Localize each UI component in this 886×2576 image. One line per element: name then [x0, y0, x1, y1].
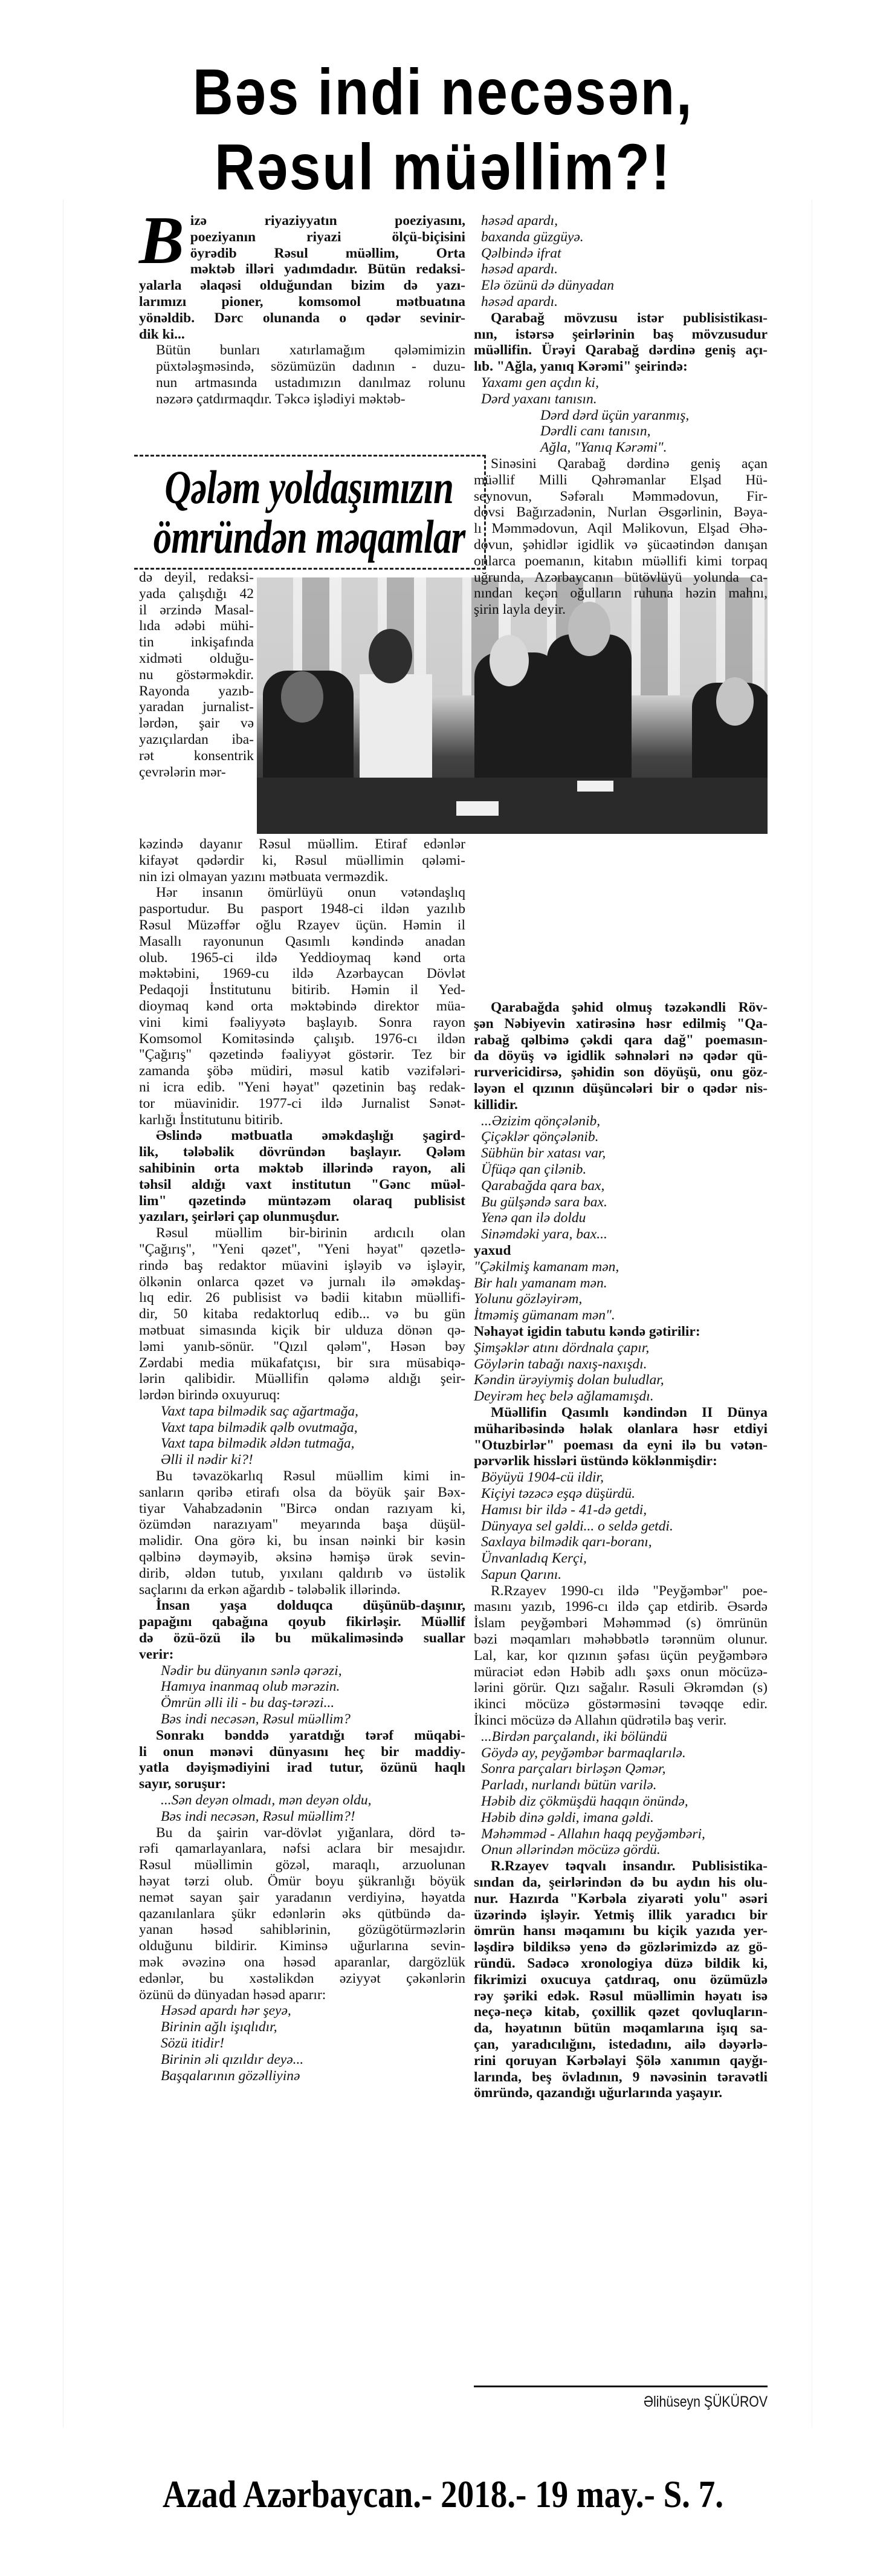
poem-birden-parcalandi: ...Birdən parçalandı, iki bölündüGöydə a…	[474, 1729, 768, 1858]
poem-line: Sübhün bir xatası var,	[481, 1145, 768, 1162]
poem-line: Yolunu gözləyirəm,	[474, 1291, 768, 1307]
text-line: də özü-özü ilə bu mükaliməsində suallar	[139, 1630, 465, 1647]
text-line: tor müavinidir. 1977-ci ildə Jurnalist S…	[139, 1096, 465, 1112]
poem-line: Vaxt tapa bilmədik saç ağartmağa,	[161, 1403, 465, 1420]
paragraph-otuzbirler: Müəllifin Qasımlı kəndindən II Dünyamüha…	[474, 1405, 768, 1469]
text-line: karlığı İnstitutunu bitirib.	[139, 1112, 465, 1128]
text-line: pərvərlik hissləri üstündə köklənmişdir:	[474, 1453, 768, 1469]
text-line: poeziyanın riyazi ölçü-biçisini	[190, 229, 465, 246]
poem-line: həsəd apardı,	[481, 213, 768, 229]
poem-line: Hamıya inanmaq olub mərəzin.	[161, 1679, 465, 1695]
poem-line: İtməmiş gümanam mən".	[474, 1307, 768, 1324]
text-line: papağını qabağına qoyub fikirləşir. Müəl…	[139, 1614, 465, 1630]
poem-line: həsəd apardı.	[481, 294, 768, 310]
text-line: İkinci möcüzə də Allahın qüdrətilə baş v…	[474, 1712, 768, 1729]
poem-line: baxanda güzgüyə.	[481, 229, 768, 246]
text-line: də deyil, redaksi-	[139, 570, 254, 586]
poem-line: Hamısı bir ildə - 41-də getdi,	[481, 1502, 768, 1518]
text-line: pasportudur. Bu pasport 1948-ci ildən ya…	[139, 901, 465, 917]
photo-head-1	[281, 671, 323, 723]
poem-line: Əlli il nədir ki?!	[161, 1452, 465, 1468]
poem-vaxt-tapa: Vaxt tapa bilmədik saç ağartmağa,Vaxt ta…	[139, 1403, 465, 1468]
text-line: dioymaq kənd orta məktəbində direktor mü…	[139, 998, 465, 1015]
text-line: larımızı pioner, komsomol mətbuatına	[139, 294, 465, 310]
subheading-box: Qələm yoldaşımızın ömründən məqamlar	[134, 455, 486, 570]
photo-table	[257, 778, 768, 834]
text-line: həyat tərzi olub. Ömür boyu şükranlığı b…	[139, 1873, 465, 1890]
text-line: lərdən, şair və	[139, 715, 254, 732]
poem-line: Məhəmməd - Allahın haqq peyğəmbəri,	[481, 1826, 768, 1843]
text-line: tin inkişafında	[139, 634, 254, 651]
text-line: şirin layla deyir.	[474, 602, 768, 618]
poem-line: Bir halı yamanam mən.	[474, 1275, 768, 1292]
text-line: xidməti olduğu-	[139, 651, 254, 667]
text-line: müəllif Milli Qəhrəmanlar Elşad Hü-	[474, 472, 768, 489]
author-signature: Əlihüseyn ŞÜKÜROV	[518, 2393, 768, 2411]
photo-head-5	[716, 677, 754, 726]
text-line: nəzərə çatdırmaqdır. Təkcə işlədiyi məkt…	[139, 391, 465, 408]
text-line: kifayət qədərdir ki, Rəsul müəllimin qəl…	[139, 853, 465, 869]
poem-line: həsəd apardı.	[481, 261, 768, 278]
text-line: mək əvəzinə ona həsəd aparanlar, dargözl…	[139, 1954, 465, 1971]
text-line: Qarabağ mövzusu istər publisistikası-	[474, 310, 768, 327]
text-line: özünü də dünyadan həsəd aparır:	[139, 1987, 465, 2003]
text-line: müharibəsində həlak olanlara həsr etdiyi	[474, 1421, 768, 1437]
text-line: yönəldib. Dərc olunanda o qədər sevinir-	[139, 310, 465, 327]
text-line: nin izi olmayan yazını mətbuata verməzdi…	[139, 869, 465, 885]
poem-simsekler: Şimşəklər atını dördnala çapır,Göylərin …	[474, 1340, 768, 1405]
text-line: İslam peyğəmbəri Məhəmməd (s) ömrünün	[474, 1615, 768, 1631]
text-line: Əslində mətbuatla əməkdaşlığı şagird-	[139, 1128, 465, 1144]
text-line: məktəbini, 1969-cu ildə Azərbaycan Dövlə…	[139, 966, 465, 982]
text-line: sanların qəribə etirafı olsa da böyük şa…	[139, 1485, 465, 1501]
text-line: lıq edir. 26 publisist və bədii kitabın …	[139, 1290, 465, 1306]
text-line: olub. 1965-ci ildə Yeddioymaq kənd orta	[139, 950, 465, 966]
poem-line: Kəndin ürəyiymiş dolan buludlar,	[474, 1372, 768, 1388]
poem-hesed-apardi: Həsəd apardı hər şeyə,Birinin ağlı işıql…	[139, 2003, 465, 2084]
text-line: dovun, şəhidlər igidlik və şücaətindən d…	[474, 537, 768, 553]
paragraph-memories: Bütün bunları xatırlamağım qələmimizinpü…	[139, 342, 465, 407]
text-line: müraciət edən Həbib adlı şəxs onun möcüz…	[474, 1664, 768, 1680]
photo-paper-2	[577, 781, 613, 792]
intro-paragraph: B izə riyaziyyatın poeziyasını,poeziyanı…	[139, 213, 465, 342]
text-line: dik ki...	[139, 327, 465, 343]
text-line: müəllifin. Ürəyi Qarabağ dərdinə geniş a…	[474, 342, 768, 359]
text-line: sahibinin orta məktəb illərində rayon, a…	[139, 1160, 465, 1177]
text-line: nu göstərməkdir.	[139, 667, 254, 683]
paragraph-career: Rəsul müəllim bir-birinin ardıcılı olan"…	[139, 1225, 465, 1403]
text-line: çan, yaradıcılığını, istedadını, ailə də…	[474, 2037, 768, 2053]
text-line: seynovun, Səfəralı Məmmədovun, Fir-	[474, 489, 768, 505]
text-line: ölkənin onlarca qəzet və jurnalı ilə əmə…	[139, 1274, 465, 1290]
poem-line: Şimşəklər atını dördnala çapır,	[474, 1340, 768, 1356]
text-line: şən Nəbiyevin xatirəsinə həsr edilmiş "Q…	[474, 1016, 768, 1032]
text-line: killidir.	[474, 1097, 768, 1113]
text-line: sayır, soruşur:	[139, 1776, 465, 1792]
poem-nedir-bu-dunyanin: Nədir bu dünyanın sənlə qərəzi,Hamıya in…	[139, 1663, 465, 1728]
poem-line: Vaxt tapa bilmədik əldən tutmağa,	[161, 1436, 465, 1452]
text-line: ləşdirə bildiksə yenə də gözlərimizdə az…	[474, 1939, 768, 1956]
text-line: onlarca poemanın, kitabın müəllifi kimi …	[474, 553, 768, 570]
poem-line: Nədir bu dünyanın sənlə qərəzi,	[161, 1663, 465, 1679]
text-line: ləyən el qızının düşüncələri bir o qədər…	[474, 1081, 768, 1097]
text-line: yazıçılardan iba-	[139, 732, 254, 748]
text-line: edənlər, bu xəstəlikdən əziyyət çəkənlər…	[139, 1971, 465, 1987]
paragraph-peygember: R.Rzayev 1990-cı ildə "Peyğəmbər" poe-ma…	[474, 1583, 768, 1729]
poem-derd-derd: Dərd dərd üçün yaranmış,Dərdli canı tanı…	[474, 408, 768, 456]
paragraph-next-stanza: Sonrakı bənddə yaratdığı tərəf müqabi-li…	[139, 1728, 465, 1792]
article-headline: Bəs indi necəsən, Rəsul müəllim?!	[62, 54, 824, 204]
text-line: rəy şəriki edək. Rəsul müəllimin həyatı …	[474, 1988, 768, 2005]
text-line: İnsan yaşa dolduqca düşünüb-daşınır,	[139, 1598, 465, 1614]
text-line: Rəsul müəllimin gözəl, maraqlı, arzuolun…	[139, 1857, 465, 1873]
text-line: vini kimi fəaliyyətə başlayıb. Sonra ray…	[139, 1015, 465, 1031]
paragraph-message: Bu da şairin var-dövlət yığanlara, dörd …	[139, 1825, 465, 2003]
poem-line: Sinəmdəki yara, bax...	[481, 1226, 768, 1243]
text-line: sından da, şeirlərindən də bu aydın his …	[474, 1875, 768, 1891]
photo-head-3	[490, 635, 529, 686]
poem-line: ...Sən deyən olmadı, mən deyən oldu,	[161, 1792, 465, 1809]
poem-line: Birinin əli qızıldır deyə...	[161, 2052, 465, 2068]
poem-line: Yenə qan ilə doldu	[481, 1210, 768, 1226]
text-line: dir, 50 kitaba redaktorluq edib... və bu…	[139, 1306, 465, 1322]
text-line: saçlarını da erkən ağardıb - tələbəlik i…	[139, 1582, 465, 1598]
text-line: bəzi məqamları məhəbbətlə tərənnüm olunu…	[474, 1631, 768, 1648]
text-line: lı Məmmədovun, Aqil Məlikovun, Elşad Əhə…	[474, 521, 768, 537]
text-line: masını yazıb, 1996-cı ildə çap etdirib. …	[474, 1599, 768, 1615]
text-line: Sinəsini Qarabağ dərdinə geniş açan	[474, 456, 768, 472]
poem-line: ...Birdən parçalandı, iki bölündü	[481, 1729, 768, 1745]
text-line: Sonrakı bənddə yaratdığı tərəf müqabi-	[139, 1728, 465, 1744]
poem-line: ...Əzizim qönçələnib,	[481, 1113, 768, 1130]
text-line: Komsomol Komitəsində çalışıb. 1976-cı il…	[139, 1031, 465, 1047]
text-line: ləmi yanıb-sönür. "Qızıl qələm", Həsən b…	[139, 1339, 465, 1355]
narrow-column-text: də deyil, redaksi-yada çalışdığı 42il ər…	[139, 570, 254, 780]
poem-line: Qarabağda qara bax,	[481, 1178, 768, 1194]
text-line: Müəllifin Qasımlı kəndindən II Dünya	[474, 1405, 768, 1421]
text-line: mətbuat simasında kiçik bir ulduza dönən…	[139, 1322, 465, 1339]
poem-line: Deyirəm heç belə ağlamamışdı.	[474, 1388, 768, 1405]
text-line: rini qoruyan Kərbəlayi Şölə xanımın qayğ…	[474, 2053, 768, 2069]
poem-line: Dərd dərd üçün yaranmış,	[540, 408, 768, 424]
text-line: uğrunda, Azərbaycanın bütövlüyü yolunda …	[474, 570, 768, 586]
text-line: dovsi Bağırzadənin, Nurlan Əsgərlinin, B…	[474, 504, 768, 521]
poem-line: Göydə ay, peyğəmbər barmaqlarılə.	[481, 1745, 768, 1761]
text-line: Pedaqoji İnstitutunu bitirib. Həmin il Y…	[139, 982, 465, 998]
text-line: ömrün hansı məqamını bu kiçik yazıda yer…	[474, 1923, 768, 1939]
text-line: da, həyatının bütün məqamlarına işıq sa-	[474, 2020, 768, 2037]
text-line: məktəb illəri yadımdadır. Bütün redaksi-	[190, 261, 465, 278]
text-line: Lal, kar, kor qızının şəfası üçün peyğəm…	[474, 1648, 768, 1664]
text-line: "Çağırış" qəzetində fəaliyyət göstərir. …	[139, 1047, 465, 1063]
headline-line-1: Bəs indi necəsən,	[62, 54, 824, 129]
poem-continuation: həsəd apardı,baxanda güzgüyə.Qəlbində if…	[474, 213, 768, 310]
headline-line-2: Rəsul müəllim?!	[62, 129, 824, 204]
poem-line: Həsəd apardı hər şeyə,	[161, 2003, 465, 2019]
paragraph-conclusion: R.Rzayev təqvalı insandır. Publisistika-…	[474, 1858, 768, 2101]
poem-line: Saxlaya bilmədik qarı-boranı,	[481, 1534, 768, 1550]
text-line: üzərində işləyir. Yetmiş illik yaradıcı …	[474, 1907, 768, 1924]
text-line: da döyüş və igidlik səhnələri nə qədər q…	[474, 1048, 768, 1064]
text-line: qazanılanlara şükr edənlərin əks qütbünd…	[139, 1906, 465, 1922]
text-line: neçə-neçə kitab, çoxillik qəzet qovluqla…	[474, 2004, 768, 2020]
text-line: verir:	[139, 1647, 465, 1663]
text-line: lıda ədəbi mühi-	[139, 618, 254, 634]
poem-line: Bəs indi necəsən, Rəsul müəllim?	[161, 1711, 465, 1728]
text-line: dirib, əldən tutub, yıxılanı qaldırıb və…	[139, 1566, 465, 1582]
text-line: lərin qalibidir. Müəllifin qələmə aldığı…	[139, 1371, 465, 1387]
text-line: Zərdabi media mükafatçısı, bir sıra müsa…	[139, 1355, 465, 1371]
text-line: olduğunu bildirir. Kiminsə uğurlarına se…	[139, 1938, 465, 1954]
poem-line: Bu gülşəndə sara bax.	[481, 1194, 768, 1211]
text-line: zamanda şöbə müdiri, məsul katib vəzifəl…	[139, 1063, 465, 1079]
poem-line: Yaxamı gen açdın ki,	[481, 375, 768, 391]
label-yaxud: yaxud	[474, 1243, 768, 1259]
photo-person-2-shirt	[360, 674, 432, 789]
poem-line: Göylərin tabağı naxış-naxışdı.	[474, 1356, 768, 1373]
text-line: li onun mənəvi dünyasını heç bir maddiy-	[139, 1744, 465, 1760]
text-line: rurvericidirsə, şəhidin son döyüşü, onu …	[474, 1064, 768, 1081]
text-line: Qarabağda şəhid olmuş təzəkəndli Röv-	[474, 1000, 768, 1016]
poem-line: Vaxt tapa bilmədik qəlb ovutmağa,	[161, 1420, 465, 1436]
paragraph-national-heroes: Sinəsini Qarabağ dərdinə geniş açanmüəll…	[474, 456, 768, 618]
photo-head-2	[369, 629, 412, 683]
poem-line: Böyüyü 1904-cü ildir,	[481, 1469, 768, 1486]
text-line: lərdən birində oxuyuruq:	[139, 1387, 465, 1403]
text-line: rət konsentrik	[139, 748, 254, 764]
text-line: yalarla əlaqəsi olduğundan bizim də yazı…	[139, 278, 465, 294]
dropcap-letter: B	[139, 215, 184, 266]
poem-line: Başqalarının gözəlliyinə	[161, 2068, 465, 2084]
poem-ezizim: ...Əzizim qönçələnib,Çiçəklər qönçələnib…	[474, 1113, 768, 1243]
poem-line: Parladı, nurlandı bütün varilə.	[481, 1777, 768, 1794]
paragraph-acknowledgement: kəzində dayanır Rəsul müəllim. Etiraf ed…	[139, 836, 465, 885]
text-line: nur. Hazırda "Kərbəla ziyarəti yolu" əsə…	[474, 1891, 768, 1907]
text-line: tiyar Vahabzadənin "Bircə ondan razıyam …	[139, 1501, 465, 1517]
subheading-line-1: Qələm yoldaşımızın	[165, 463, 454, 512]
text-line: lim" qəzetində müntəzəm olaraq publisist	[139, 1193, 465, 1209]
text-line: Bu da şairin var-dövlət yığanlara, dörd …	[139, 1825, 465, 1841]
text-line: rəfi qamarlayanlara, nəfsi aclara bir me…	[139, 1841, 465, 1857]
source-citation: Azad Azərbaycan.- 2018.- 19 may.- S. 7.	[62, 2473, 824, 2516]
text-line: lik, tələbəlik dövründən başlayır. Qələm	[139, 1144, 465, 1160]
text-line: yatla dəyişmədiyini irad tutur, özünü ha…	[139, 1760, 465, 1776]
text-line: qəlbinə dəyməyib, əksinə həmişə ürək sev…	[139, 1549, 465, 1566]
text-line: Hər insanın ömürlüyü onun vətəndaşlıq	[139, 885, 465, 901]
paragraph-karabakh-theme: Qarabağ mövzusu istər publisistikası-nın…	[474, 310, 768, 375]
text-line: ikinci möcüzə göstərməsini təvəqqe edir.	[474, 1696, 768, 1712]
text-line: rində baş redaktor müavini işləyib və iş…	[139, 1258, 465, 1274]
text-line: Bütün bunları xatırlamağım qələmimizin	[139, 342, 465, 359]
text-line: yanan həsəd sahiblərinin, gözügötürməzlə…	[139, 1922, 465, 1938]
poem-line: "Çəkilmiş kamanam mən,	[474, 1259, 768, 1275]
poem-sen-deyen: ...Sən deyən olmadı, mən deyən oldu,Bəs …	[139, 1792, 465, 1825]
text-line: "Otuzbirlər" poeması da eyni ilə bu vətə…	[474, 1437, 768, 1454]
right-column-lower: Qarabağda şəhid olmuş təzəkəndli Röv-şən…	[474, 1000, 768, 2101]
poem-line: Ömrün əlli ili - bu daş-tərəzi...	[161, 1695, 465, 1711]
poem-line: Elə özünü də dünyadan	[481, 278, 768, 294]
paragraph-reflection: İnsan yaşa dolduqca düşünüb-daşınır,papa…	[139, 1598, 465, 1662]
poem-line: Sözü itidir!	[161, 2035, 465, 2052]
poem-boyuyu: Böyüyü 1904-cü ildir,Kiçiyi təzəcə eşqə …	[474, 1469, 768, 1583]
poem-line: Çiçəklər qönçələnib.	[481, 1129, 768, 1145]
poem-cekilmis-kaman: "Çəkilmiş kamanam mən,Bir halı yamanam m…	[474, 1259, 768, 1324]
poem-line: Həbib diz çökmüşdü haqqın önündə,	[481, 1794, 768, 1810]
text-line: ömründə, qazandığı uğurlarında yaşayır.	[474, 2085, 768, 2101]
poem-line: Ünvanladıq Kerçi,	[481, 1550, 768, 1567]
text-line: Rayonda yazıb-	[139, 683, 254, 700]
text-line: nemət sayan şair yaradanın verdiyinə, hə…	[139, 1890, 465, 1906]
text-line: yada çalışdığı 42	[139, 586, 254, 602]
paragraph-biography: Hər insanın ömürlüyü onun vətəndaşlıqpas…	[139, 885, 465, 1128]
poem-line: Birinin ağlı işıqlıdır,	[161, 2019, 465, 2035]
text-line: nın, istərsə şeirlərinin baş mövzusudur	[474, 327, 768, 343]
paragraph-rovshan-nebiyev: Qarabağda şəhid olmuş təzəkəndli Röv-şən…	[474, 1000, 768, 1113]
paragraph-modesty: Bu təvazökarlıq Rəsul müəllim kimi in-sa…	[139, 1468, 465, 1598]
text-line: nından keçən oğulların ruhuna həzin mahn…	[474, 585, 768, 602]
text-line: çevrələrin mər-	[139, 764, 254, 781]
poem-yaxami: Yaxamı gen açdın ki,Dərd yaxanı tanısın.	[474, 375, 768, 408]
text-line: püxtələşməsində, sözümüzün dadının - duz…	[139, 359, 465, 375]
text-line: ni icra edib. "Yeni həyat" qəzetinin baş…	[139, 1079, 465, 1096]
text-line: larında, beş övladının, 9 nəvəsinin təra…	[474, 2069, 768, 2086]
poem-line: Dünyaya sel gəldi... o seldə getdi.	[481, 1518, 768, 1535]
poem-line: Sonra parçaları birləşən Qəmər,	[481, 1761, 768, 1777]
photo-paper-1	[456, 801, 499, 816]
text-line: izə riyaziyyatın poeziyasını,	[190, 213, 465, 229]
text-line: lıb. "Ağla, yanıq Kərəmi" şeirində:	[474, 359, 768, 375]
poem-line: Onun əllərindən möcüzə gördü.	[481, 1842, 768, 1858]
right-column-upper: həsəd apardı,baxanda güzgüyə.Qəlbində if…	[474, 213, 768, 618]
left-column-upper: B izə riyaziyyatın poeziyasını,poeziyanı…	[139, 213, 465, 408]
text-line: özümdən narazıyam" meyarında başa düşül-	[139, 1517, 465, 1533]
poem-line: Üfüqə qan çilənib.	[481, 1162, 768, 1178]
line-tabut: Nəhayət igidin tabutu kəndə gətirilir:	[474, 1324, 768, 1340]
poem-line: Bəs indi necəsən, Rəsul müəllim?!	[161, 1809, 465, 1825]
text-line: fikrimizi oxucuya çatdıraq, onu özümüzlə	[474, 1972, 768, 1988]
left-column-lower: kəzində dayanır Rəsul müəllim. Etiraf ed…	[139, 836, 465, 2084]
poem-line: Dərd yaxanı tanısın.	[481, 391, 768, 408]
text-line: R.Rzayev təqvalı insandır. Publisistika-	[474, 1858, 768, 1875]
text-line: R.Rzayev 1990-cı ildə "Peyğəmbər" poe-	[474, 1583, 768, 1599]
text-line: nun artmasında ustadımızın danılmaz rolu…	[139, 375, 465, 391]
text-line: yaradan jurnalist-	[139, 699, 254, 715]
paragraph-early-press: Əslində mətbuatla əməkdaşlığı şagird-lik…	[139, 1128, 465, 1225]
poem-line: Kiçiyi təzəcə eşqə düşürdü.	[481, 1486, 768, 1502]
text-line: il ərzində Masal-	[139, 602, 254, 619]
poem-line: Ağla, "Yanıq Kərəmi".	[540, 440, 768, 456]
text-line: rabağ qəlbimə çəkdi qara dağ" poemasın-	[474, 1032, 768, 1049]
text-line: kəzində dayanır Rəsul müəllim. Etiraf ed…	[139, 836, 465, 853]
poem-line: Dərdli canı tanısın,	[540, 423, 768, 440]
text-line: lərini görür. Qızı sağalır. Rəsuli Əkrəm…	[474, 1680, 768, 1696]
poem-line: Sapun Qarını.	[481, 1567, 768, 1583]
signature-rule	[474, 2386, 768, 2387]
text-line: təhsil aldığı vaxt institutun "Gənc müəl…	[139, 1177, 465, 1193]
poem-line: Həbib dinə gəldi, imana gəldi.	[481, 1810, 768, 1826]
poem-line: Qəlbində ifrat	[481, 246, 768, 262]
text-line: məlidir. Ona görə ki, bu insan nəinki bi…	[139, 1533, 465, 1549]
text-line: ründü. Sadəcə xronologiya düzə bildik ki…	[474, 1956, 768, 1972]
text-line: yazıları, şeirləri çap olunmuşdur.	[139, 1209, 465, 1225]
subheading-line-2: ömründən məqamlar	[154, 512, 465, 562]
text-line: Masallı rayonunun Qasımlı kəndində anada…	[139, 934, 465, 950]
text-line: "Çağırış", "Yeni qəzet", "Yeni həyat" qə…	[139, 1241, 465, 1258]
intro-lines: izə riyaziyyatın poeziyasını,poeziyanın …	[139, 213, 465, 342]
text-line: Rəsul Müzəffər oğlu Rzayev üçün. Həmin i…	[139, 917, 465, 934]
text-line: Rəsul müəllim bir-birinin ardıcılı olan	[139, 1225, 465, 1241]
text-line: öyrədib Rəsul müəllim, Orta	[190, 246, 465, 262]
text-line: Bu təvazökarlıq Rəsul müəllim kimi in-	[139, 1468, 465, 1485]
